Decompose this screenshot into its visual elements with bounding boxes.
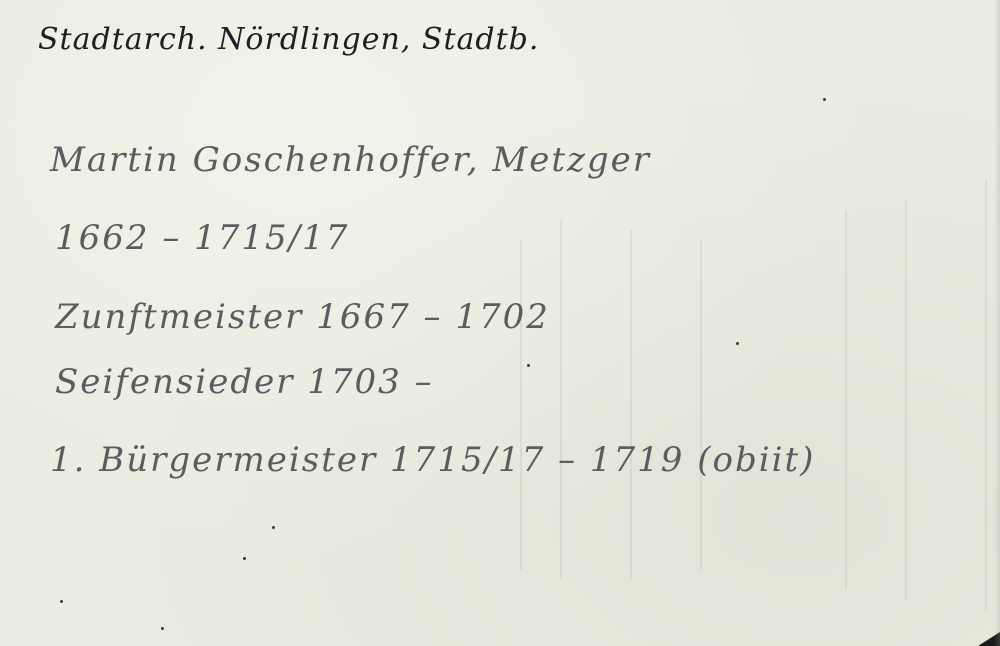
card-header: Stadtarch. Nördlingen, Stadtb. <box>38 22 539 57</box>
paper-speck <box>527 364 530 367</box>
index-card: Stadtarch. Nördlingen, Stadtb. Martin Go… <box>0 0 1000 646</box>
card-corner-shadow <box>978 632 1000 646</box>
paper-speck <box>60 600 63 603</box>
bleed-through-mark <box>845 210 847 590</box>
office-line-3: 1. Bürgermeister 1715/17 – 1719 (obiit) <box>50 440 815 480</box>
bleed-through-mark <box>905 200 907 600</box>
paper-speck <box>272 526 275 529</box>
paper-speck <box>823 98 826 101</box>
office-line-1: Zunftmeister 1667 – 1702 <box>55 297 550 337</box>
bleed-through-mark <box>700 240 702 570</box>
paper-speck <box>736 342 739 345</box>
bleed-through-mark <box>630 230 632 580</box>
life-dates-line: 1662 – 1715/17 <box>55 218 349 258</box>
paper-speck <box>243 557 246 560</box>
person-name-line: Martin Goschenhoffer, Metzger <box>50 140 651 180</box>
bleed-through-mark <box>520 240 522 570</box>
paper-speck <box>161 627 164 630</box>
office-line-2: Seifensieder 1703 – <box>55 362 434 402</box>
bleed-through-mark <box>560 220 562 580</box>
bleed-through-mark <box>985 180 987 610</box>
